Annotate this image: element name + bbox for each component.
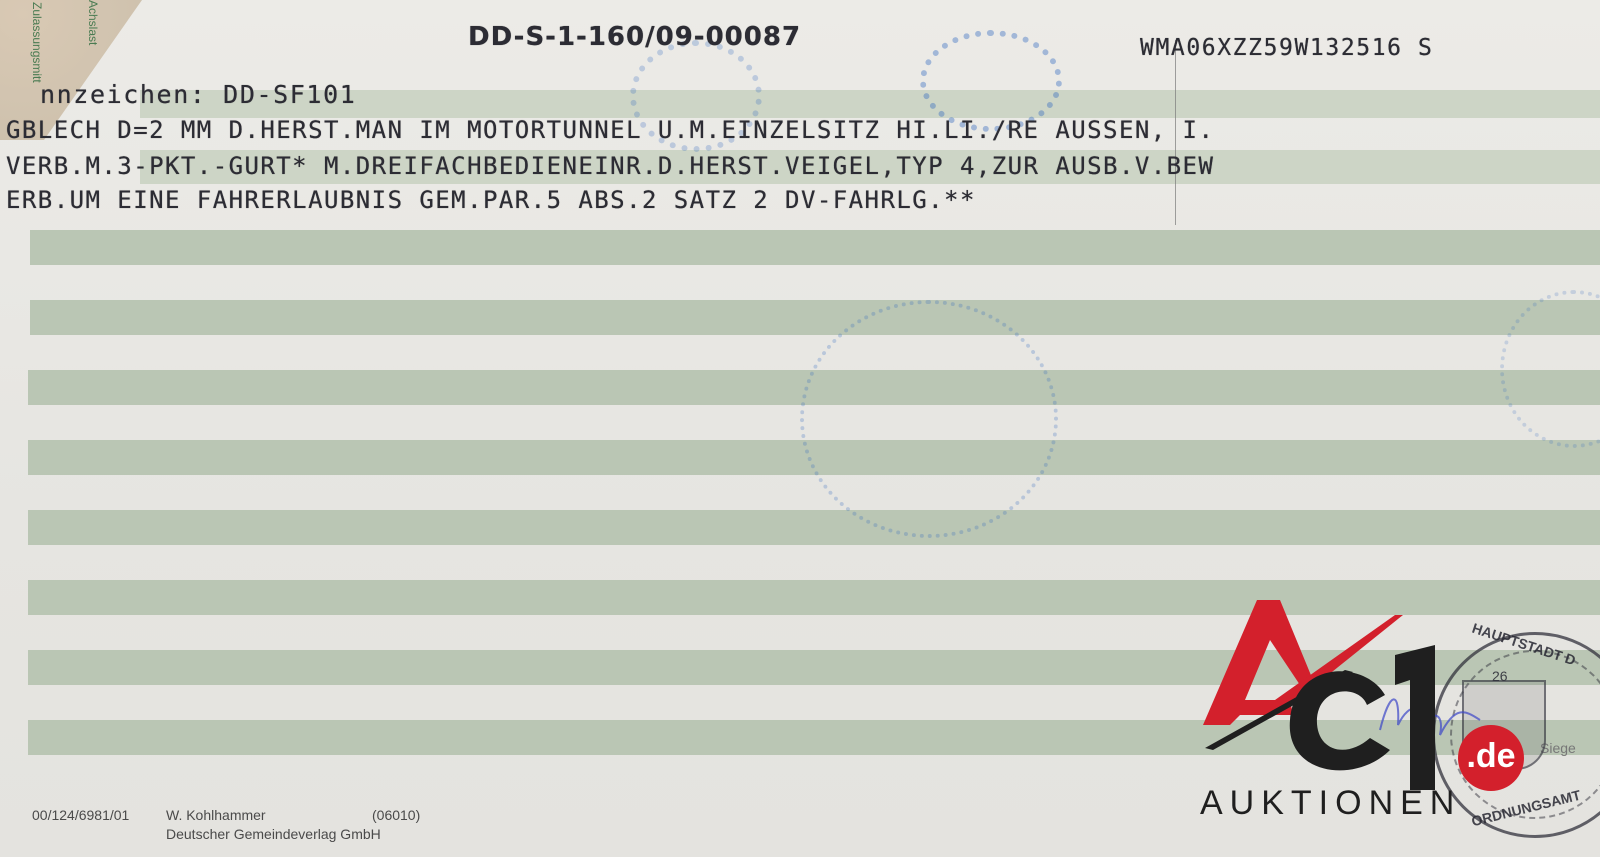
corner-label: Zulassungsmitt: [30, 2, 44, 83]
remarks-line-3: ERB.UM EINE FAHRERLAUBNIS GEM.PAR.5 ABS.…: [6, 186, 976, 214]
remarks-line-1: GBLECH D=2 MM D.HERST.MAN IM MOTORTUNNEL…: [6, 116, 1214, 144]
remarks-line-2: VERB.M.3-PKT.-GURT* M.DREIFACHBEDIENEINR…: [6, 152, 1214, 180]
vin-number: WMA06XZZ59W132516 S: [1140, 35, 1434, 61]
logo-black-c: [1290, 671, 1390, 770]
form-number: 00/124/6981/01: [32, 807, 129, 823]
logo-tagline: AUKTIONEN: [1200, 784, 1461, 823]
vehicle-registration-document: Achslast Zulassungsmitt DD-S-1-160/09-00…: [0, 0, 1600, 857]
logo-black-one: [1395, 645, 1435, 790]
corner-label: Achslast: [86, 0, 100, 45]
form-stripe: [28, 510, 1600, 545]
publisher-company: Deutscher Gemeindeverlag GmbH: [166, 826, 381, 842]
reference-number: DD-S-1-160/09-00087: [468, 22, 801, 52]
publisher-name: W. Kohlhammer: [166, 807, 266, 823]
publisher-code: (06010): [372, 807, 420, 823]
logo-de-badge: .de: [1458, 725, 1524, 791]
form-stripe: [140, 90, 1600, 118]
form-stripe: [30, 300, 1600, 335]
license-plate-line: nnzeichen: DD-SF101: [40, 80, 356, 109]
form-stripe: [30, 230, 1600, 265]
faded-blue-stamp: [800, 300, 1058, 538]
